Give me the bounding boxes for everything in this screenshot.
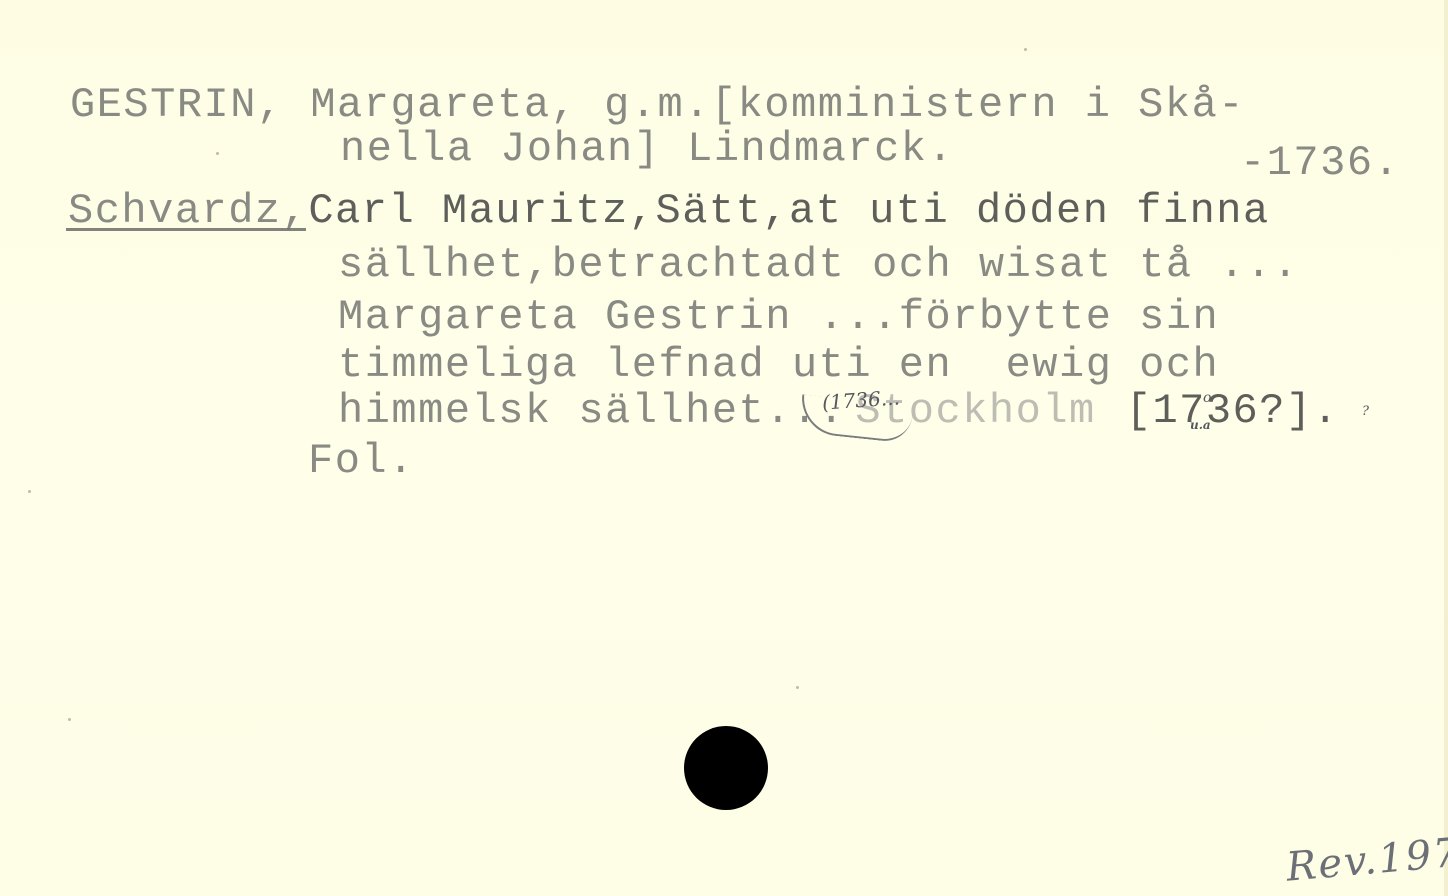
paper-speck: [216, 152, 219, 155]
main-entry-line3: Margareta Gestrin ...förbytte sin: [338, 296, 1219, 338]
format-line: Fol.: [308, 440, 415, 482]
punch-hole: [684, 726, 768, 810]
main-entry-line1: Schvardz,Carl Mauritz,Sätt,at uti döden …: [68, 190, 1270, 232]
main-entry-line4: timmeliga lefnad uti en ewig och: [338, 344, 1219, 386]
heading-entry-line1: GESTRIN, Margareta, g.m.[komministern i …: [70, 84, 1245, 126]
title-start: Carl Mauritz,Sätt,at uti döden finna: [308, 187, 1269, 235]
author-underline: [66, 228, 306, 231]
heading-entry-line2: nella Johan] Lindmarck.: [340, 128, 954, 170]
paper-speck: [68, 718, 71, 721]
handwritten-place-note: u.a: [1190, 418, 1211, 432]
paper-speck: [28, 490, 31, 493]
paper-speck: [1024, 48, 1027, 51]
handwritten-o-note: o: [1203, 390, 1211, 406]
card-edge: [1444, 0, 1448, 896]
paper-speck: [796, 686, 799, 689]
imprint-title-end: himmelsk sällhet...: [338, 387, 845, 435]
handwritten-query-note: ?: [1362, 404, 1369, 419]
main-entry-line2: sällhet,betrachtadt och wisat tå ...: [338, 244, 1299, 286]
heading-year: -1736.: [1240, 142, 1400, 184]
revision-note: Rev.1970: [1284, 827, 1448, 890]
imprint-date: [1736?].: [1126, 387, 1340, 435]
catalog-card: GESTRIN, Margareta, g.m.[komministern i …: [0, 0, 1448, 896]
